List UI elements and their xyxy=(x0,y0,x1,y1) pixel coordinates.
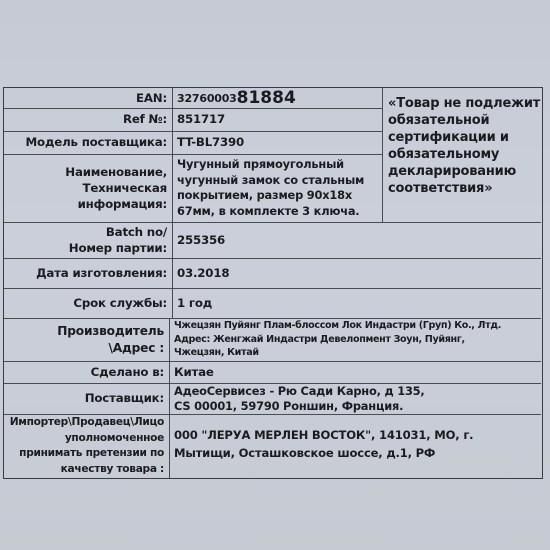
note-line: обязательной xyxy=(388,112,542,129)
note-line: «Товар не подлежит xyxy=(388,95,542,112)
ref-value: 851717 xyxy=(172,108,382,131)
date-label: Дата изготовления: xyxy=(4,258,172,288)
batch-label-line: Batch no/ xyxy=(69,224,167,240)
importer-value-line: 000 "ЛЕРУА МЕРЛЕН ВОСТОК", 141031, МО, г… xyxy=(174,426,473,444)
name-value-line: покрытием, размер 90x18x xyxy=(177,188,364,204)
ean-value-suffix: 81884 xyxy=(237,91,296,106)
manufacturer-value: Чжецзян Пуйянг Плам-блоссом Лок Индастри… xyxy=(169,318,541,361)
importer-label-line: качеству товара : xyxy=(10,462,164,478)
supplier-value-line: CS 00001, 59790 Роншин, Франция. xyxy=(174,399,425,414)
batch-value: 255356 xyxy=(172,222,541,258)
name-value: Чугунный прямоугольный чугунный замок со… xyxy=(172,154,382,222)
name-value-line: Чугунный прямоугольный xyxy=(177,157,364,173)
manufacturer-label-line: Производитель xyxy=(57,323,164,340)
name-value-line: чугунный замок со стальным xyxy=(177,173,364,189)
importer-label-line: принимать претензии по xyxy=(10,446,164,462)
importer-value-line: Мытищи, Осташковское шоссе, д.1, РФ xyxy=(174,444,473,462)
made-in-value: Китае xyxy=(169,361,541,383)
service-life-label: Срок службы: xyxy=(4,288,172,318)
name-label: Наименование, Техническая информация: xyxy=(4,154,172,222)
service-life-value: 1 год xyxy=(172,288,541,318)
importer-label-line: уполномоченное xyxy=(10,431,164,447)
ean-value-prefix: 32760003 xyxy=(177,91,237,106)
batch-label-line: Номер партии: xyxy=(69,240,167,256)
name-label-line: информация: xyxy=(65,196,167,212)
ref-label: Ref №: xyxy=(4,108,172,131)
date-value: 03.2018 xyxy=(172,258,541,288)
model-value: TT-BL7390 xyxy=(172,131,382,154)
manufacturer-value-line: Адрес: Женгжай Индастри Девелопмент Зоун… xyxy=(174,333,501,347)
supplier-value-line: АдеоСервисез - Рю Сади Карно, д 135, xyxy=(174,384,425,399)
supplier-value: АдеоСервисез - Рю Сади Карно, д 135, CS … xyxy=(169,383,541,414)
note-line: соответствия» xyxy=(388,180,542,197)
note-line: декларированию xyxy=(388,163,542,180)
name-label-line: Техническая xyxy=(65,180,167,196)
name-value-line: 67мм, в комплекте 3 ключа. xyxy=(177,204,364,220)
name-label-line: Наименование, xyxy=(65,164,167,180)
made-in-label: Сделано в: xyxy=(4,361,169,383)
manufacturer-label-line: \Адрес : xyxy=(57,340,164,357)
note-line: сертификации и xyxy=(388,129,542,146)
importer-label-line: Импортер\Продавец\Лицо xyxy=(10,415,164,431)
ean-label: EAN: xyxy=(4,88,172,108)
importer-value: 000 "ЛЕРУА МЕРЛЕН ВОСТОК", 141031, МО, г… xyxy=(169,414,541,478)
importer-label: Импортер\Продавец\Лицо уполномоченное пр… xyxy=(4,414,169,478)
note-line: обязательному xyxy=(388,146,542,163)
manufacturer-value-line: Чжецзян Пуйянг Плам-блоссом Лок Индастри… xyxy=(174,319,501,333)
manufacturer-value-line: Чжецзян, Китай xyxy=(174,346,501,360)
model-label: Модель поставщика: xyxy=(4,131,172,154)
product-label-table: EAN: 3276000381884 Ref №: 851717 Модель … xyxy=(3,87,543,479)
batch-label: Batch no/ Номер партии: xyxy=(4,222,172,258)
supplier-label: Поставщик: xyxy=(4,383,169,414)
ean-value: 3276000381884 xyxy=(172,88,382,108)
manufacturer-label: Производитель \Адрес : xyxy=(4,318,169,361)
certification-note: «Товар не подлежит обязательной сертифик… xyxy=(382,88,542,222)
